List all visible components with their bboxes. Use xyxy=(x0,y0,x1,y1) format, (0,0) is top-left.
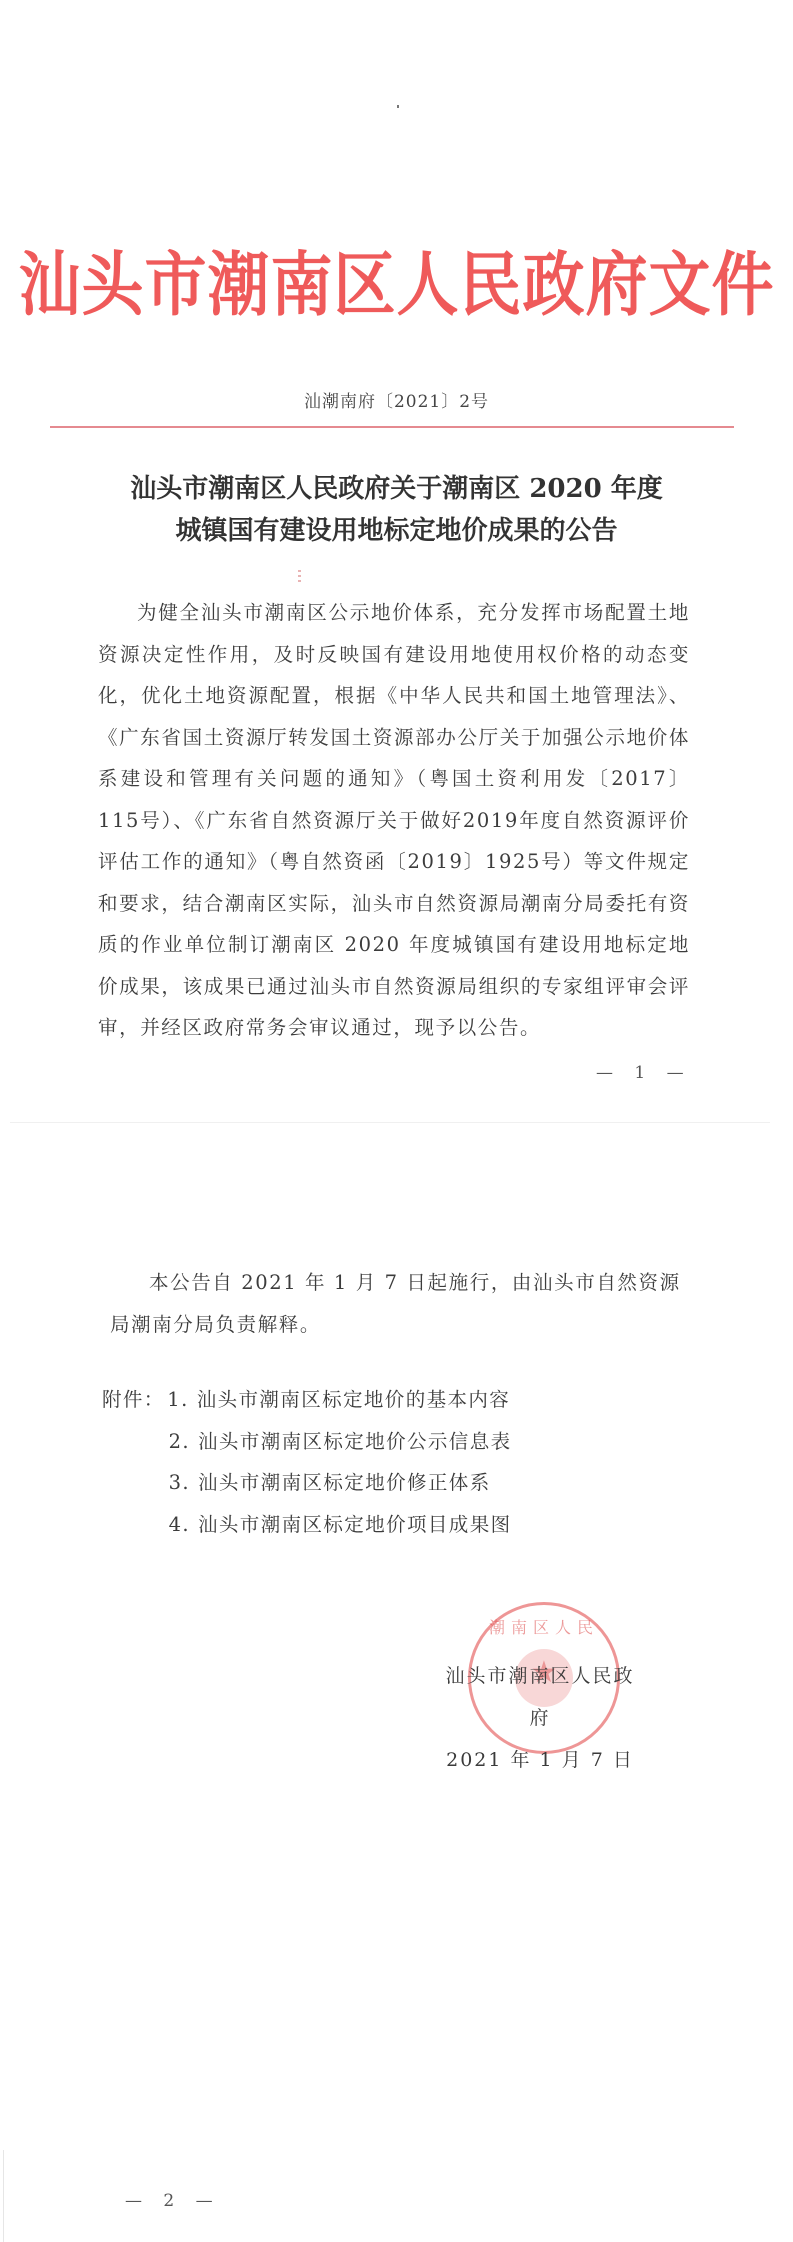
body-paragraph-2: 本公告自 2021 年 1 月 7 日起施行，由汕头市自然资源局潮南分局负责解释… xyxy=(110,1262,700,1345)
scan-speck xyxy=(397,105,399,108)
attachment-text: 汕头市潮南区标定地价项目成果图 xyxy=(198,1504,512,1546)
signature-block: 汕头市潮南区人民政府 2021 年 1 月 7 日 xyxy=(440,1655,640,1781)
issuer-name: 汕头市潮南区人民政府 xyxy=(440,1655,640,1739)
issue-date: 2021 年 1 月 7 日 xyxy=(440,1739,640,1781)
scan-edge xyxy=(3,2150,4,2242)
attachment-number: 2. xyxy=(166,1421,190,1463)
attachment-item-3: 3. 汕头市潮南区标定地价修正体系 xyxy=(102,1462,512,1504)
attachment-text: 汕头市潮南区标定地价公示信息表 xyxy=(198,1421,512,1463)
document-number: 汕潮南府〔2021〕2号 xyxy=(0,387,793,412)
body-paragraph-1: 为健全汕头市潮南区公示地价体系，充分发挥市场配置土地资源决定性作用，及时反映国有… xyxy=(98,592,690,1049)
attachments-label: 附件： xyxy=(102,1379,165,1421)
seal-arc-text: 潮南区人民 xyxy=(471,1615,617,1638)
attachment-text: 汕头市潮南区标定地价的基本内容 xyxy=(197,1379,511,1421)
attachment-item-4: 4. 汕头市潮南区标定地价项目成果图 xyxy=(102,1504,512,1546)
attachments-list: 附件： 1. 汕头市潮南区标定地价的基本内容 2. 汕头市潮南区标定地价公示信息… xyxy=(102,1379,512,1545)
page-number-1: — 1 — xyxy=(596,1063,692,1083)
masthead-title: 汕头市潮南区人民政府文件 xyxy=(0,235,793,336)
attachment-item-1: 附件： 1. 汕头市潮南区标定地价的基本内容 xyxy=(102,1379,512,1421)
attachment-number: 4. xyxy=(166,1504,190,1546)
notice-title: 汕头市潮南区人民政府关于潮南区 2020 年度 城镇国有建设用地标定地价成果的公… xyxy=(0,468,793,552)
attachment-text: 汕头市潮南区标定地价修正体系 xyxy=(198,1462,491,1504)
attachment-number: 1. xyxy=(165,1379,189,1421)
page-number-2: — 2 — xyxy=(125,2191,221,2211)
attachment-number: 3. xyxy=(166,1462,190,1504)
notice-title-line-1: 汕头市潮南区人民政府关于潮南区 2020 年度 xyxy=(0,468,793,510)
attachment-item-2: 2. 汕头市潮南区标定地价公示信息表 xyxy=(102,1421,512,1463)
page-break xyxy=(10,1122,770,1123)
red-divider-rule xyxy=(50,426,734,428)
notice-title-line-2: 城镇国有建设用地标定地价成果的公告 xyxy=(0,510,793,552)
scan-artifact xyxy=(298,570,301,584)
